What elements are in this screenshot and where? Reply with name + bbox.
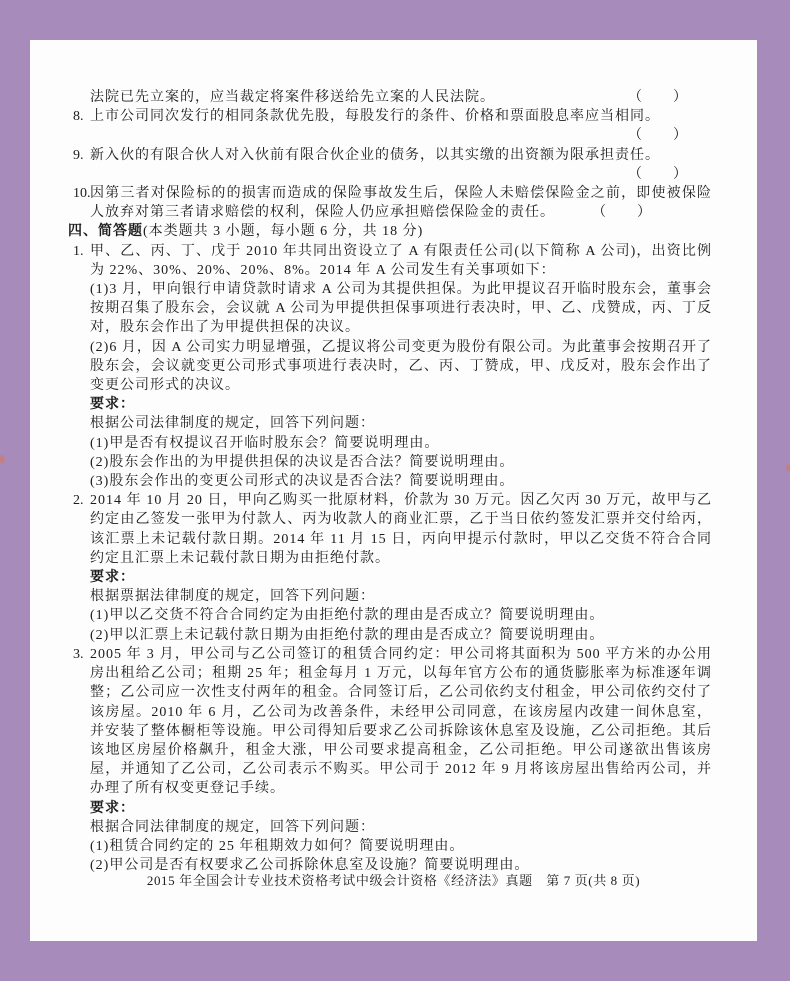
tf-item-7-continuation: 法院已先立案的，应当裁定将案件移送给先立案的人民法院。 （ ） bbox=[68, 88, 712, 107]
section-four-heading: 四、简答题(本类题共 3 小题，每小题 6 分，共 18 分) bbox=[68, 222, 712, 241]
item-number: 9. bbox=[73, 146, 84, 165]
requirement-label: 要求： bbox=[90, 568, 712, 587]
scan-artifact-left bbox=[0, 455, 5, 463]
question-number: 3. bbox=[73, 645, 84, 664]
question-number: 2. bbox=[73, 491, 84, 510]
sub-question: (1)甲以乙交货不符合合同约定为由拒绝付款的理由是否成立？简要说明理由。 bbox=[90, 606, 712, 625]
question-paragraph: (2)6 月，因 A 公司实力明显增强，乙提议将公司变更为股份有限公司。为此董事… bbox=[90, 338, 712, 396]
sub-question: (2)股东会作出的为甲提供担保的决议是否合法？简要说明理由。 bbox=[90, 453, 712, 472]
tf-item-10: 10. 因第三者对保险标的的损害而造成的保险事故发生后，保险人未赔偿保险金之前，… bbox=[68, 184, 712, 222]
exam-page: 法院已先立案的，应当裁定将案件移送给先立案的人民法院。 （ ） 8. 上市公司同… bbox=[30, 40, 757, 941]
item-number: 8. bbox=[73, 107, 84, 126]
tf-item-text: 法院已先立案的，应当裁定将案件移送给先立案的人民法院。 bbox=[90, 88, 495, 107]
question-paragraph: 甲、乙、丙、丁、戊于 2010 年共同出资设立了 A 有限责任公司(以下简称 A… bbox=[90, 242, 712, 280]
question-paragraph: 2014 年 10 月 20 日，甲向乙购买一批原材料，价款为 30 万元。因乙… bbox=[90, 491, 712, 568]
tf-item-text: 新入伙的有限合伙人对入伙前有限合伙企业的债务，以其实缴的出资额为限承担责任。 bbox=[90, 148, 660, 163]
item-number: 10. bbox=[73, 184, 91, 203]
requirement-label: 要求： bbox=[90, 799, 712, 818]
sub-question: (3)股东会作出的变更公司形式的决议是否合法？简要说明理由。 bbox=[90, 472, 712, 491]
question-2: 2. 2014 年 10 月 20 日，甲向乙购买一批原材料，价款为 30 万元… bbox=[68, 491, 712, 645]
requirement-label: 要求： bbox=[90, 395, 712, 414]
answer-bracket: （ ） bbox=[599, 205, 652, 220]
sub-question: (2)甲以汇票上未记载付款日期为由拒绝付款的理由是否成立？简要说明理由。 bbox=[90, 626, 712, 645]
section-heading-title: 四、简答题 bbox=[68, 224, 143, 239]
requirement-intro: 根据票据法律制度的规定，回答下列问题： bbox=[90, 587, 712, 606]
question-number: 1. bbox=[73, 242, 84, 261]
scanned-exam-page-background: { "colors": { "border": "#a78bba", "pape… bbox=[0, 0, 790, 981]
question-paragraph: 2005 年 3 月，甲公司与乙公司签订的租赁合同约定：甲公司将其面积为 500… bbox=[90, 645, 712, 799]
sub-question: (1)甲是否有权提议召开临时股东会？简要说明理由。 bbox=[90, 434, 712, 453]
sub-question: (1)租赁合同约定的 25 年租期效力如何？简要说明理由。 bbox=[90, 837, 712, 856]
question-1: 1. 甲、乙、丙、丁、戊于 2010 年共同出资设立了 A 有限责任公司(以下简… bbox=[68, 242, 712, 492]
page-content: 法院已先立案的，应当裁定将案件移送给先立案的人民法院。 （ ） 8. 上市公司同… bbox=[68, 88, 712, 875]
answer-bracket: （ ） bbox=[68, 165, 712, 184]
scan-artifact-right bbox=[786, 464, 790, 472]
answer-bracket: （ ） bbox=[68, 126, 712, 145]
tf-item-9: 9. 新入伙的有限合伙人对入伙前有限合伙企业的债务，以其实缴的出资额为限承担责任… bbox=[68, 146, 712, 165]
page-footer: 2015 年全国会计专业技术资格考试中级会计资格《经济法》真题 第 7 页(共 … bbox=[30, 870, 757, 889]
section-heading-note: (本类题共 3 小题，每小题 6 分，共 18 分) bbox=[143, 224, 423, 239]
answer-bracket: （ ） bbox=[628, 88, 712, 107]
tf-item-text: 上市公司同次发行的相同条款优先股，每股发行的条件、价格和票面股息率应当相同。 bbox=[90, 109, 660, 124]
requirement-intro: 根据合同法律制度的规定，回答下列问题： bbox=[90, 818, 712, 837]
question-3: 3. 2005 年 3 月，甲公司与乙公司签订的租赁合同约定：甲公司将其面积为 … bbox=[68, 645, 712, 875]
question-paragraph: (1)3 月，甲向银行申请贷款时请求 A 公司为其提供担保。为此甲提议召开临时股… bbox=[90, 280, 712, 338]
requirement-intro: 根据公司法律制度的规定，回答下列问题： bbox=[90, 414, 712, 433]
tf-item-8: 8. 上市公司同次发行的相同条款优先股，每股发行的条件、价格和票面股息率应当相同… bbox=[68, 107, 712, 126]
